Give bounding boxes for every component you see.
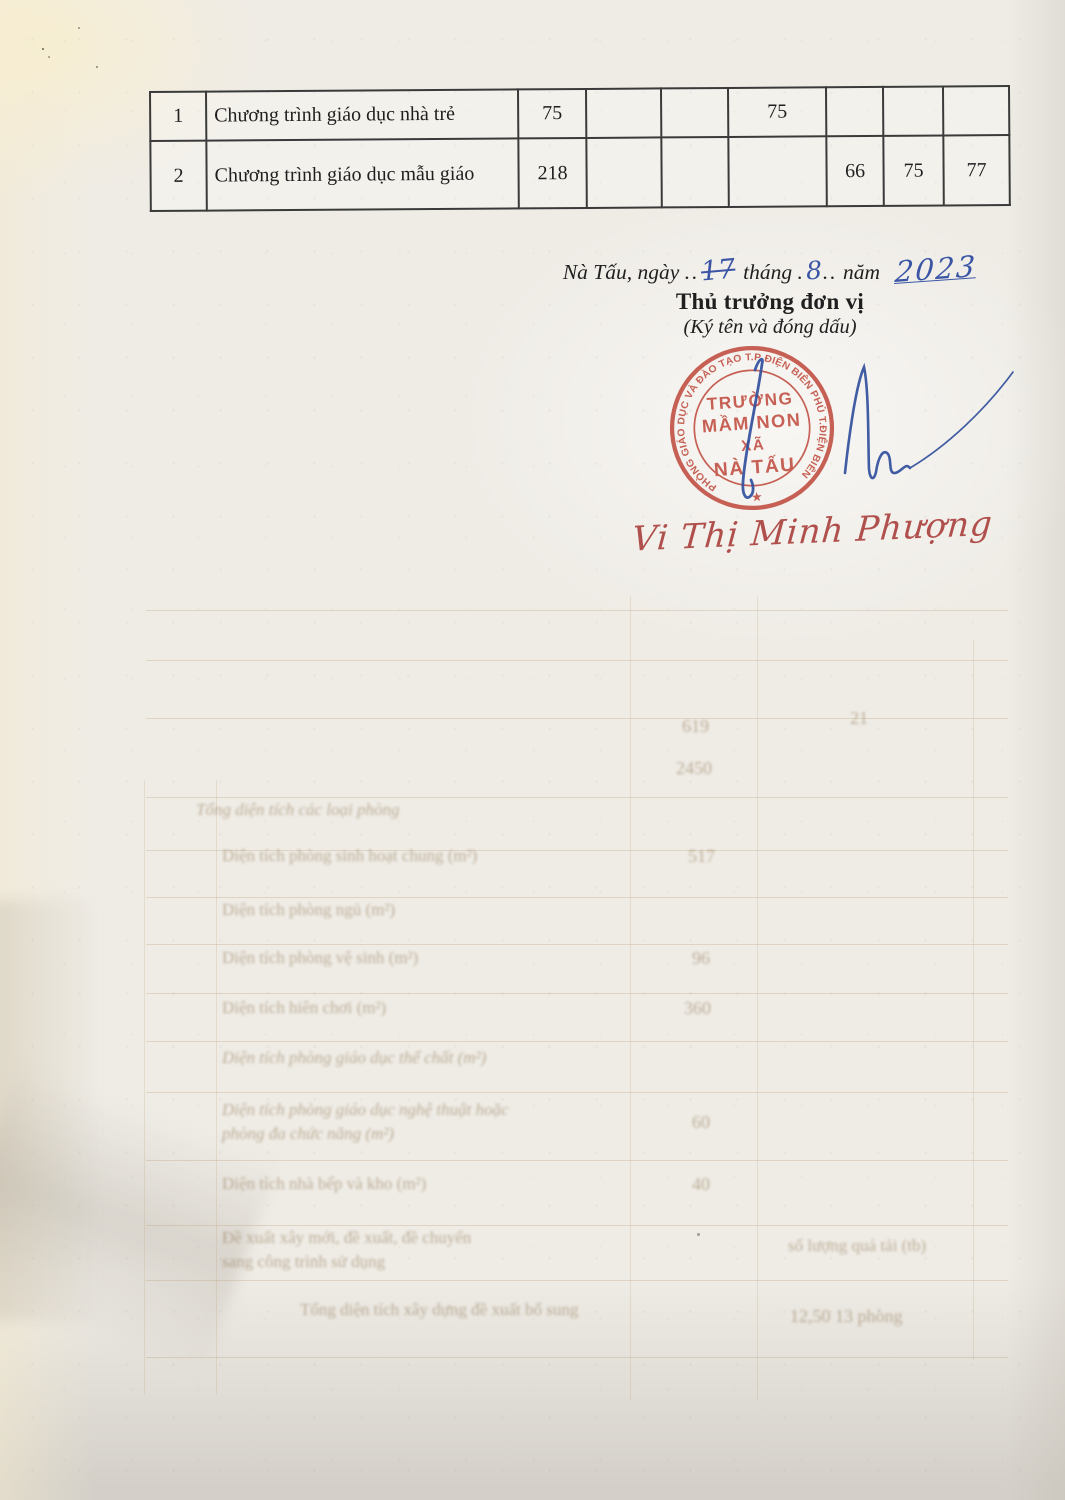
paper-speck	[48, 56, 50, 58]
value-cell	[661, 137, 728, 207]
value-cell	[943, 86, 1009, 135]
value-cell	[586, 88, 661, 138]
value-cell	[883, 86, 943, 135]
signer-title: Thủ trưởng đơn vị	[520, 289, 1020, 315]
value-cell	[661, 88, 728, 137]
dotted-blank: ..	[685, 260, 700, 284]
bleedthrough-text: 2450	[676, 758, 712, 779]
bleedthrough-line	[146, 1280, 1008, 1281]
year-label: năm	[843, 260, 880, 284]
row-number-cell: 1	[150, 92, 206, 141]
paper-speck	[42, 48, 44, 50]
bleedthrough-line	[146, 1041, 1008, 1042]
scanned-document-page: 619212450Tổng diện tích các loại phòngDi…	[0, 0, 1065, 1500]
bleedthrough-text: Diện tích phòng giáo dục thể chất (m²)	[222, 1048, 486, 1068]
value-cell: 218	[518, 138, 586, 208]
value-cell: 75	[518, 89, 586, 138]
handwritten-day: 17	[700, 254, 737, 288]
bleedthrough-text: 60	[692, 1112, 710, 1133]
place-date-text: Nà Tấu, ngày	[563, 260, 679, 284]
paper-speck	[697, 1233, 700, 1236]
bleedthrough-text: sang công trình sử dụng	[222, 1252, 385, 1272]
report-table: 1 Chương trình giáo dục nhà trẻ 75 75 2 …	[149, 85, 1011, 212]
bleedthrough-text: Diện tích hiên chơi (m²)	[222, 998, 386, 1018]
bleedthrough-line	[146, 797, 1008, 798]
bleedthrough-text: 12,50 13 phòng	[790, 1306, 903, 1327]
value-cell	[826, 87, 883, 136]
bleedthrough-line	[146, 897, 1008, 898]
value-cell: 77	[943, 135, 1009, 205]
bleedthrough-line	[144, 780, 145, 1395]
bleedthrough-text: 96	[692, 948, 710, 969]
table-row: 2 Chương trình giáo dục mẫu giáo 218 66 …	[150, 135, 1009, 211]
signing-block: Nà Tấu, ngày ..17 tháng .8.. năm 2023 Th…	[520, 252, 1020, 339]
paper-wrinkle	[0, 900, 100, 1320]
bleedthrough-line	[146, 1225, 1008, 1226]
bleedthrough-text: 360	[684, 998, 711, 1019]
bleedthrough-text: Diện tích nhà bếp và kho (m²)	[222, 1174, 426, 1194]
dotted-blank: ..	[823, 260, 838, 284]
dotted-blank: .	[798, 260, 805, 284]
value-cell: 66	[826, 136, 883, 206]
bleedthrough-text: Đề xuất xây mới, đề xuất, đề chuyển	[222, 1228, 471, 1248]
bleedthrough-line	[146, 944, 1008, 945]
bleedthrough-line	[146, 1357, 1008, 1358]
bleedthrough-line	[630, 596, 631, 1400]
bleedthrough-text: số lượng quá tải (tb)	[788, 1236, 926, 1256]
date-line: Nà Tấu, ngày ..17 tháng .8.. năm 2023	[520, 252, 1020, 286]
bleedthrough-text: Tổng diện tích xây dựng đề xuất bổ sung	[300, 1300, 578, 1320]
bleedthrough-line	[757, 596, 758, 1400]
paper-speck	[78, 27, 80, 29]
bleedthrough-line	[216, 780, 217, 1395]
bleedthrough-line	[146, 1160, 1008, 1161]
bleedthrough-text: 619	[682, 716, 709, 737]
bleedthrough-line	[973, 640, 974, 1360]
handwritten-month: 8	[805, 256, 822, 286]
bleedthrough-text: 40	[692, 1174, 710, 1195]
table-row: 1 Chương trình giáo dục nhà trẻ 75 75	[150, 86, 1009, 141]
bleedthrough-line	[146, 1092, 1008, 1093]
signature-strokes	[655, 330, 1035, 530]
bleedthrough-text: Diện tích phòng giáo dục nghệ thuật hoặc	[222, 1100, 509, 1120]
bleedthrough-text: Diện tích phòng vệ sinh (m²)	[222, 948, 418, 968]
bleedthrough-text: 21	[850, 708, 868, 729]
bleedthrough-line	[146, 993, 1008, 994]
bleedthrough-text: 517	[688, 846, 715, 867]
bleedthrough-line	[146, 718, 1008, 719]
value-cell: 75	[728, 87, 826, 137]
row-number-cell: 2	[150, 141, 206, 211]
bleedthrough-text: Tổng diện tích các loại phòng	[196, 800, 400, 820]
month-label: tháng	[743, 260, 792, 284]
program-name-cell: Chương trình giáo dục nhà trẻ	[206, 89, 518, 140]
bleedthrough-text: Diện tích phòng sinh hoạt chung (m²)	[222, 846, 477, 866]
bleedthrough-line	[146, 660, 1008, 661]
handwritten-year: 2023	[894, 249, 979, 289]
bleedthrough-text: Diện tích phòng ngủ (m²)	[222, 900, 395, 920]
paper-speck	[96, 66, 98, 68]
bleedthrough-line	[146, 610, 1008, 611]
value-cell: 75	[883, 135, 943, 205]
value-cell	[728, 136, 826, 207]
bleedthrough-text: phòng đa chức năng (m²)	[222, 1124, 394, 1144]
program-name-cell: Chương trình giáo dục mẫu giáo	[206, 138, 518, 210]
value-cell	[586, 137, 661, 208]
